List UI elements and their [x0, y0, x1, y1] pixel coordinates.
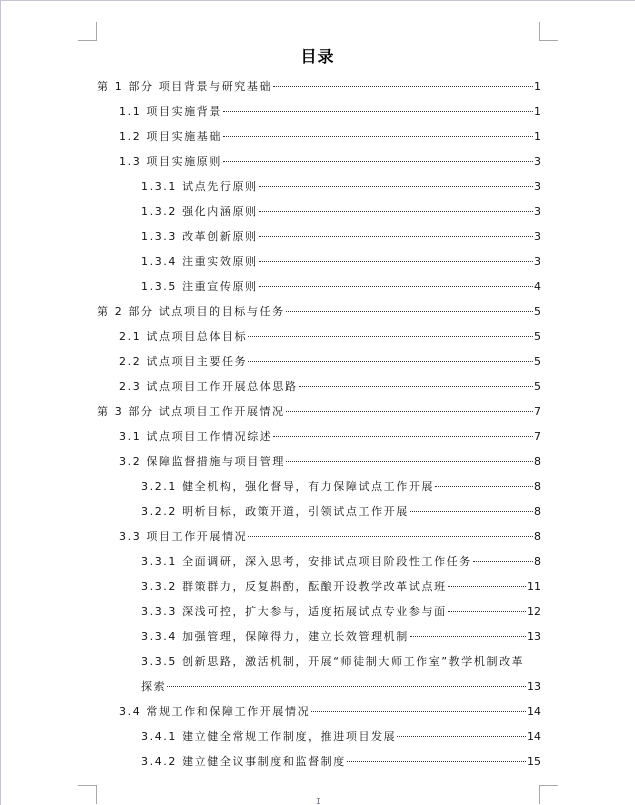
- dot-leader: [273, 86, 533, 87]
- toc-entry[interactable]: 1.1 项目实施背景1: [97, 103, 541, 128]
- toc-entry-label: 3.2.1 健全机构，强化督导，有力保障试点工作开展: [141, 478, 434, 496]
- margin-corner-mark-top-right: [539, 22, 558, 41]
- toc-entry-label: 1.3.2 强化内涵原则: [141, 203, 258, 221]
- dot-leader: [286, 311, 533, 312]
- toc-entry-label-continued: 探索: [141, 678, 166, 696]
- dot-leader: [410, 511, 533, 512]
- toc-entry-page: 5: [534, 328, 541, 346]
- dot-leader: [473, 561, 533, 562]
- toc-entry-page: 3: [534, 153, 541, 171]
- toc-entry-page: 14: [527, 703, 541, 721]
- dot-leader: [259, 261, 533, 262]
- toc-entry[interactable]: 3.2.2 明析目标，政策开道，引领试点工作开展8: [97, 503, 541, 528]
- toc-entry-page: 3: [534, 228, 541, 246]
- margin-corner-mark-bottom-left: [78, 785, 97, 804]
- dot-leader: [223, 111, 533, 112]
- toc-entry-label: 第 1 部分 项目背景与研究基础: [97, 78, 272, 96]
- dot-leader: [410, 636, 526, 637]
- toc-entry[interactable]: 3.4.2 建立健全议事制度和监督制度15: [97, 753, 541, 778]
- margin-corner-mark-bottom-right: [539, 785, 558, 804]
- toc-entry[interactable]: 3.3 项目工作开展情况8: [97, 528, 541, 553]
- toc-entry-label: 3.4.2 建立健全议事制度和监督制度: [141, 753, 346, 771]
- dot-leader: [286, 411, 533, 412]
- toc-entry-page: 13: [527, 628, 541, 646]
- toc-entry-label: 3.3.2 群策群力，反复斟酌，酝酿开设教学改革试点班: [141, 578, 447, 596]
- toc-entry-page: 8: [534, 453, 541, 471]
- toc-entry-label: 1.3 项目实施原则: [119, 153, 222, 171]
- dot-leader: [167, 686, 526, 687]
- toc-entry-page: 7: [534, 403, 541, 421]
- toc-entry[interactable]: 1.3.2 强化内涵原则3: [97, 203, 541, 228]
- toc-entry[interactable]: 3.4.1 建立健全常规工作制度，推进项目发展14: [97, 728, 541, 753]
- toc-entry-page: 4: [534, 278, 541, 296]
- toc-entry-label: 3.3.3 深浅可控，扩大参与，适度拓展试点专业参与面: [141, 603, 447, 621]
- toc-entry[interactable]: 3.3.1 全面调研，深入思考，安排试点项目阶段性工作任务8: [97, 553, 541, 578]
- toc-entry-label: 1.3.1 试点先行原则: [141, 178, 258, 196]
- dot-leader: [448, 586, 526, 587]
- toc-entry-page: 3: [534, 203, 541, 221]
- dot-leader: [286, 461, 533, 462]
- toc-entry-page: 7: [534, 428, 541, 446]
- toc-entry-page: 3: [534, 178, 541, 196]
- toc-entry-label: 2.3 试点项目工作开展总体思路: [119, 378, 298, 396]
- dot-leader: [435, 486, 533, 487]
- toc-entry-page: 8: [534, 553, 541, 571]
- toc-heading: 目录: [0, 44, 635, 67]
- dot-leader: [259, 236, 533, 237]
- dot-leader: [273, 436, 533, 437]
- dot-leader: [248, 336, 533, 337]
- toc-entry-page: 3: [534, 253, 541, 271]
- toc-entry-label: 3.3.4 加强管理，保障得力，建立长效管理机制: [141, 628, 409, 646]
- dot-leader: [259, 286, 533, 287]
- toc-entry-page: 1: [534, 103, 541, 121]
- dot-leader: [347, 761, 526, 762]
- toc-entry[interactable]: 1.2 项目实施基础1: [97, 128, 541, 153]
- toc-entry-label: 1.1 项目实施背景: [119, 103, 222, 121]
- dot-leader: [223, 161, 533, 162]
- toc-entry[interactable]: 第 1 部分 项目背景与研究基础1: [97, 78, 541, 103]
- dot-leader: [259, 211, 533, 212]
- toc-entry-label: 3.3 项目工作开展情况: [119, 528, 247, 546]
- toc-entry-label: 3.2.2 明析目标，政策开道，引领试点工作开展: [141, 503, 409, 521]
- toc-entry-label: 3.1 试点项目工作情况综述: [119, 428, 272, 446]
- toc-entry[interactable]: 1.3.5 注重宣传原则4: [97, 278, 541, 303]
- toc-entry-page: 5: [534, 303, 541, 321]
- toc-entry-label: 1.3.3 改革创新原则: [141, 228, 258, 246]
- toc-entry[interactable]: 第 3 部分 试点项目工作开展情况7: [97, 403, 541, 428]
- toc-entry-label: 3.4 常规工作和保障工作开展情况: [119, 703, 310, 721]
- toc-entry-page: 13: [527, 678, 541, 696]
- toc-entry-label: 1.3.4 注重实效原则: [141, 253, 258, 271]
- toc-entry-page: 14: [527, 728, 541, 746]
- toc-entry-page: 8: [534, 528, 541, 546]
- toc-entry[interactable]: 3.3.4 加强管理，保障得力，建立长效管理机制13: [97, 628, 541, 653]
- toc-entry[interactable]: 3.2.1 健全机构，强化督导，有力保障试点工作开展8: [97, 478, 541, 503]
- dot-leader: [448, 611, 526, 612]
- toc-entry[interactable]: 1.3.3 改革创新原则3: [97, 228, 541, 253]
- toc-entry-label: 3.4.1 建立健全常规工作制度，推进项目发展: [141, 728, 396, 746]
- toc-entry-label: 第 3 部分 试点项目工作开展情况: [97, 403, 285, 421]
- text-cursor-mark: I: [316, 798, 321, 805]
- toc-entry[interactable]: 2.1 试点项目总体目标5: [97, 328, 541, 353]
- dot-leader: [397, 736, 526, 737]
- toc-entry-label: 2.2 试点项目主要任务: [119, 353, 247, 371]
- toc-entry-page: 8: [534, 503, 541, 521]
- toc-entry[interactable]: 3.2 保障监督措施与项目管理8: [97, 453, 541, 478]
- toc-entry-label: 第 2 部分 试点项目的目标与任务: [97, 303, 285, 321]
- dot-leader: [311, 711, 526, 712]
- table-of-contents: 第 1 部分 项目背景与研究基础1 1.1 项目实施背景1 1.2 项目实施基础…: [97, 78, 541, 778]
- toc-entry-label: 2.1 试点项目总体目标: [119, 328, 247, 346]
- toc-entry[interactable]: 2.2 试点项目主要任务5: [97, 353, 541, 378]
- dot-leader: [248, 536, 533, 537]
- toc-entry-page: 8: [534, 478, 541, 496]
- toc-entry-page: 12: [527, 603, 541, 621]
- toc-entry[interactable]: 2.3 试点项目工作开展总体思路5: [97, 378, 541, 403]
- toc-entry-page: 15: [527, 753, 541, 771]
- margin-corner-mark-top-left: [78, 22, 97, 41]
- toc-entry[interactable]: 第 2 部分 试点项目的目标与任务5: [97, 303, 541, 328]
- dot-leader: [299, 386, 533, 387]
- toc-entry-label: 3.3.1 全面调研，深入思考，安排试点项目阶段性工作任务: [141, 553, 472, 571]
- toc-entry-label: 1.3.5 注重宣传原则: [141, 278, 258, 296]
- toc-entry[interactable]: 1.3.4 注重实效原则3: [97, 253, 541, 278]
- toc-entry-label: 3.2 保障监督措施与项目管理: [119, 453, 285, 471]
- toc-entry[interactable]: 1.3 项目实施原则3: [97, 153, 541, 178]
- toc-entry[interactable]: 3.3.3 深浅可控，扩大参与，适度拓展试点专业参与面12: [97, 603, 541, 628]
- toc-entry-page: 1: [534, 128, 541, 146]
- toc-entry[interactable]: 3.1 试点项目工作情况综述7: [97, 428, 541, 453]
- toc-entry-page: 5: [534, 378, 541, 396]
- toc-entry[interactable]: 3.3.2 群策群力，反复斟酌，酝酿开设教学改革试点班11: [97, 578, 541, 603]
- dot-leader: [248, 361, 533, 362]
- toc-entry-page: 11: [527, 578, 541, 596]
- dot-leader: [259, 186, 533, 187]
- toc-entry-label: 1.2 项目实施基础: [119, 128, 222, 146]
- toc-entry-label: 3.3.5 创新思路，激活机制，开展“师徒制大师工作室”教学机制改革: [141, 655, 524, 668]
- toc-entry[interactable]: 1.3.1 试点先行原则3: [97, 178, 541, 203]
- toc-entry[interactable]: 3.3.5 创新思路，激活机制，开展“师徒制大师工作室”教学机制改革 探索13: [97, 653, 541, 703]
- toc-entry-page: 1: [534, 78, 541, 96]
- toc-entry[interactable]: 3.4 常规工作和保障工作开展情况14: [97, 703, 541, 728]
- dot-leader: [223, 136, 533, 137]
- toc-entry-page: 5: [534, 353, 541, 371]
